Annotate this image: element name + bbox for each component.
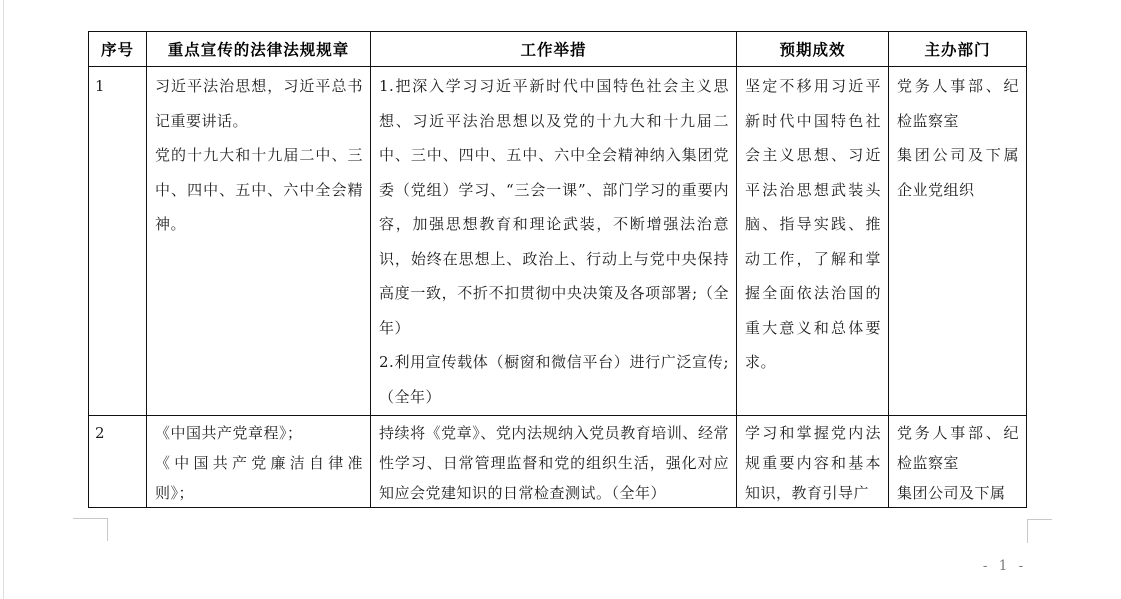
margin-crop-mark-bottom-right <box>1027 519 1052 543</box>
cell-row2-regulations[interactable]: 《中国共产党章程》； 《中国共产党廉洁自律准则》； 《中国共产党纪律处分条例》； <box>147 416 371 508</box>
header-responsible-department[interactable]: 主办部门 <box>889 32 1027 67</box>
page-edge-line <box>3 0 4 599</box>
regulations-publicity-table: 序号 重点宣传的法律法规规章 工作举措 预期成效 主办部门 1 习近平法治思想，… <box>88 31 1027 508</box>
cell-row2-outcomes[interactable]: 学习和掌握党内法规重要内容和基本知识，教育引导广 <box>737 416 889 508</box>
header-expected-outcomes[interactable]: 预期成效 <box>737 32 889 67</box>
row2-measures-text: 持续将《党章》、党内法规纳入党员教育培训、经常性学习、日常管理监督和党的组织生活… <box>371 416 736 506</box>
margin-crop-mark-bottom-left <box>73 518 108 541</box>
row2-outcomes-text: 学习和掌握党内法规重要内容和基本知识，教育引导广 <box>737 416 888 506</box>
page-number: - 1 - <box>975 558 1033 574</box>
cell-row1-department[interactable]: 党务人事部、纪检监察室 集团公司及下属企业党组织 <box>889 67 1027 416</box>
table-header-row: 序号 重点宣传的法律法规规章 工作举措 预期成效 主办部门 <box>89 32 1027 67</box>
header-serial-number[interactable]: 序号 <box>89 32 147 67</box>
cell-row1-outcomes[interactable]: 坚定不移用习近平新时代中国特色社会主义思想、习近平法治思想武装头脑、指导实践、推… <box>737 67 889 416</box>
table-row: 1 习近平法治思想，习近平总书记重要讲话。 党的十九大和十九届二中、三中、四中、… <box>89 67 1027 416</box>
header-key-regulations[interactable]: 重点宣传的法律法规规章 <box>147 32 371 67</box>
row2-regulations-text: 《中国共产党章程》； 《中国共产党廉洁自律准则》； 《中国共产党纪律处分条例》； <box>147 416 370 506</box>
row1-measures-text: 1.把深入学习习近平新时代中国特色社会主义思想、习近平法治思想以及党的十九大和十… <box>371 67 736 414</box>
row1-outcomes-text: 坚定不移用习近平新时代中国特色社会主义思想、习近平法治思想武装头脑、指导实践、推… <box>737 67 888 380</box>
cell-row1-regulations[interactable]: 习近平法治思想，习近平总书记重要讲话。 党的十九大和十九届二中、三中、四中、五中… <box>147 67 371 416</box>
row1-serial-number: 1 <box>89 67 146 104</box>
cell-row1-measures[interactable]: 1.把深入学习习近平新时代中国特色社会主义思想、习近平法治思想以及党的十九大和十… <box>371 67 737 416</box>
cell-row2-index[interactable]: 2 <box>89 416 147 508</box>
cell-row2-measures[interactable]: 持续将《党章》、党内法规纳入党员教育培训、经常性学习、日常管理监督和党的组织生活… <box>371 416 737 508</box>
document-page: 序号 重点宣传的法律法规规章 工作举措 预期成效 主办部门 1 习近平法治思想，… <box>0 0 1121 599</box>
row1-regulations-text: 习近平法治思想，习近平总书记重要讲话。 党的十九大和十九届二中、三中、四中、五中… <box>147 67 370 242</box>
row1-department-text: 党务人事部、纪检监察室 集团公司及下属企业党组织 <box>889 67 1026 207</box>
cell-row1-index[interactable]: 1 <box>89 67 147 416</box>
row2-department-text: 党务人事部、纪检监察室 集团公司及下属 <box>889 416 1026 506</box>
cell-row2-department[interactable]: 党务人事部、纪检监察室 集团公司及下属 <box>889 416 1027 508</box>
table-row: 2 《中国共产党章程》； 《中国共产党廉洁自律准则》； 《中国共产党纪律处分条例… <box>89 416 1027 508</box>
header-work-measures[interactable]: 工作举措 <box>371 32 737 67</box>
row2-serial-number: 2 <box>89 416 146 448</box>
